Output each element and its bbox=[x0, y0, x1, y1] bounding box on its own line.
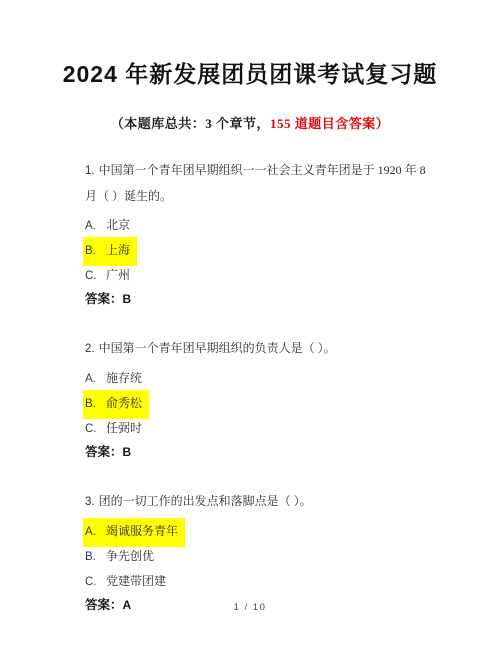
option-row: A.竭诚服务青年 bbox=[85, 518, 427, 543]
question-block-2: 2.中国第一个青年团早期组织的负责人是（ ）。 A.施存统 B.俞秀松 C.任弼… bbox=[85, 336, 427, 465]
option-row: C.任弼时 bbox=[85, 415, 427, 440]
option-row: C.广州 bbox=[85, 262, 427, 287]
option-letter: A. bbox=[85, 520, 106, 545]
option-text: 施存统 bbox=[106, 371, 142, 385]
subtitle: （本题库总共：3 个章节，155 道题目含答案） bbox=[0, 113, 500, 132]
question-text: 1.中国第一个青年团早期组织一一社会主义青年团是于 1920 年 8 月（ ）诞… bbox=[85, 158, 427, 209]
questions-list: 1.中国第一个青年团早期组织一一社会主义青年团是于 1920 年 8 月（ ）诞… bbox=[85, 158, 427, 618]
option-letter: A. bbox=[85, 214, 106, 239]
option-text: 北京 bbox=[106, 218, 130, 232]
option-text: 争先创优 bbox=[106, 549, 154, 563]
question-body: 中国第一个青年团早期组织的负责人是（ ）。 bbox=[99, 341, 336, 355]
option-letter: C. bbox=[85, 570, 106, 595]
option-row: A.北京 bbox=[85, 212, 427, 237]
question-text: 2.中国第一个青年团早期组织的负责人是（ ）。 bbox=[85, 336, 427, 362]
option-text: 广州 bbox=[106, 268, 130, 282]
question-text: 3.团的一切工作的出发点和落脚点是（ ）。 bbox=[85, 489, 427, 515]
option-text: 任弼时 bbox=[106, 421, 142, 435]
options-group: A.竭诚服务青年 B.争先创优 C.党建带团建 bbox=[85, 518, 427, 593]
question-number: 3. bbox=[85, 496, 95, 508]
option-letter: B. bbox=[85, 392, 106, 417]
page-title: 2024 年新发展团员团课考试复习题 bbox=[30, 56, 470, 89]
option-letter: A. bbox=[85, 367, 106, 392]
option-text: 俞秀松 bbox=[106, 396, 142, 410]
question-block-3: 3.团的一切工作的出发点和落脚点是（ ）。 A.竭诚服务青年 B.争先创优 C.… bbox=[85, 489, 427, 618]
option-row: A.施存统 bbox=[85, 365, 427, 390]
question-body: 团的一切工作的出发点和落脚点是（ ）。 bbox=[99, 494, 312, 508]
question-number: 1. bbox=[85, 165, 95, 177]
subtitle-prefix: （本题库总共：3 个章节， bbox=[111, 116, 270, 131]
option-text: 党建带团建 bbox=[106, 574, 166, 588]
option-row: B.上海 bbox=[85, 237, 427, 262]
option-letter: C. bbox=[85, 417, 106, 442]
option-letter: C. bbox=[85, 264, 106, 289]
option-letter: B. bbox=[85, 545, 106, 570]
answer-label: 答案： bbox=[85, 292, 123, 306]
option-row: B.俞秀松 bbox=[85, 390, 427, 415]
page-number: 1 / 10 bbox=[0, 602, 500, 613]
question-body: 中国第一个青年团早期组织一一社会主义青年团是于 1920 年 8 月（ ）诞生的… bbox=[85, 163, 426, 203]
option-text: 竭诚服务青年 bbox=[106, 524, 178, 538]
document-page: 2024 年新发展团员团课考试复习题 （本题库总共：3 个章节，155 道题目含… bbox=[0, 0, 500, 652]
question-block-1: 1.中国第一个青年团早期组织一一社会主义青年团是于 1920 年 8 月（ ）诞… bbox=[85, 158, 427, 312]
option-row: C.党建带团建 bbox=[85, 568, 427, 593]
answer-value: B bbox=[123, 445, 132, 459]
answer-value: B bbox=[123, 292, 132, 306]
question-number: 2. bbox=[85, 343, 95, 355]
options-group: A.施存统 B.俞秀松 C.任弼时 bbox=[85, 365, 427, 440]
option-row: B.争先创优 bbox=[85, 543, 427, 568]
option-text: 上海 bbox=[106, 243, 130, 257]
option-letter: B. bbox=[85, 239, 106, 264]
subtitle-count-highlight: 155 道题目含答案） bbox=[270, 116, 389, 131]
answer-label: 答案： bbox=[85, 445, 123, 459]
options-group: A.北京 B.上海 C.广州 bbox=[85, 212, 427, 287]
